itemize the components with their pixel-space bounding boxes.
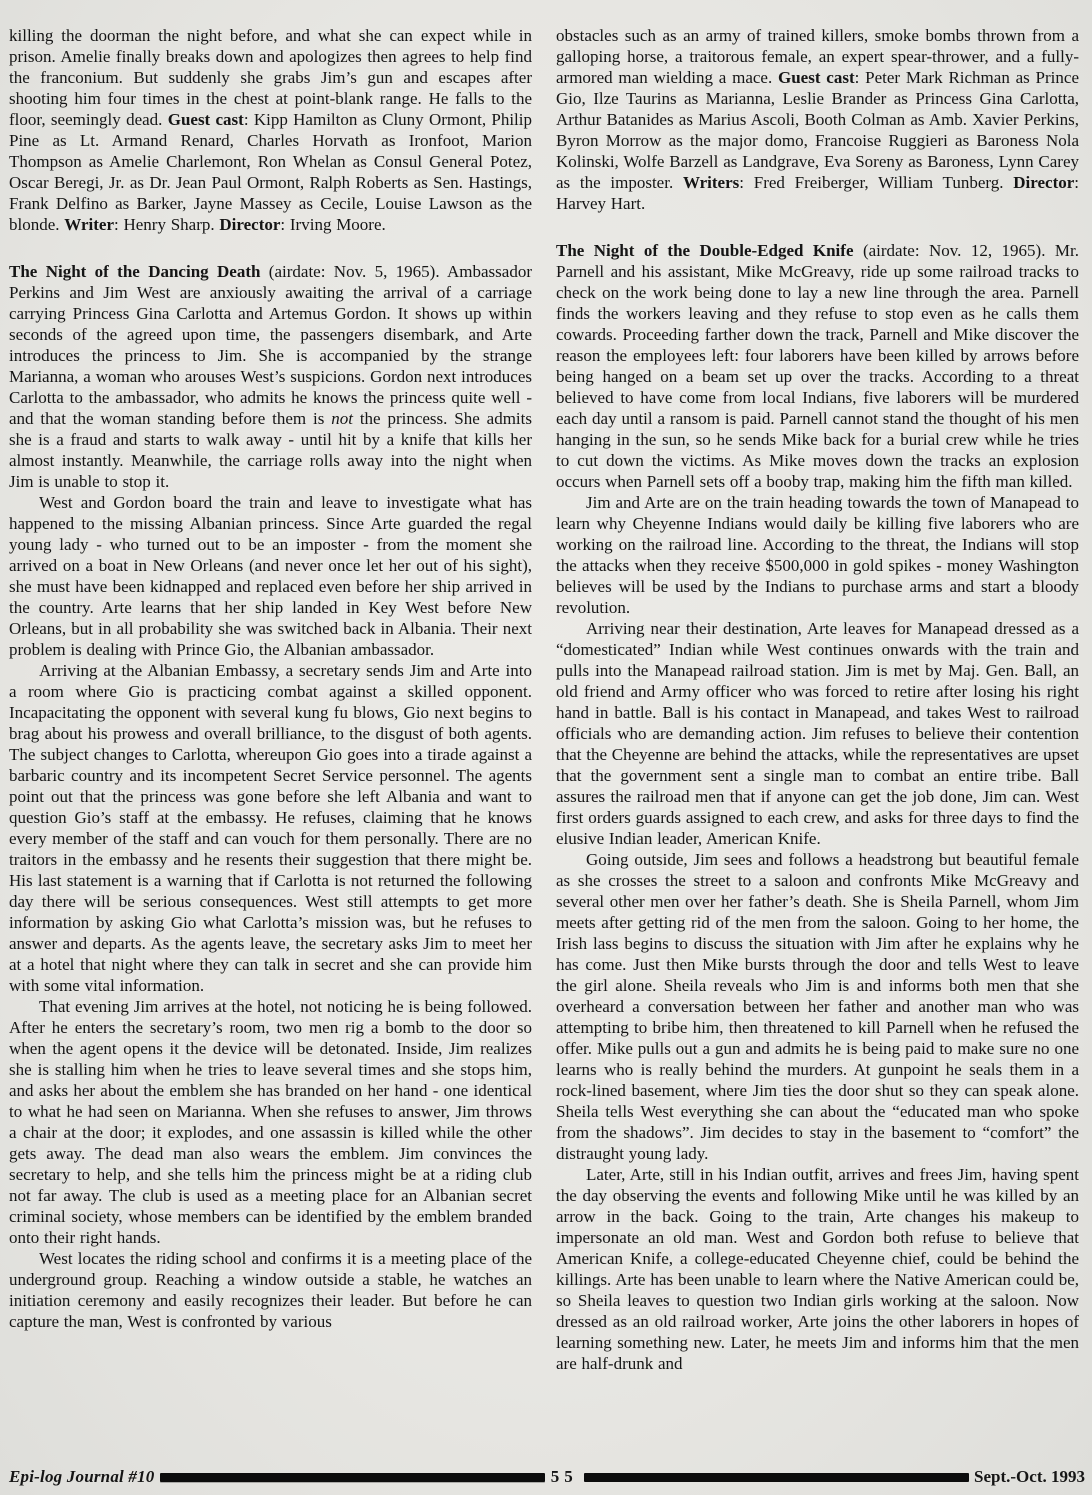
body-paragraph: West and Gordon board the train and leav… [9,492,532,660]
page-number: 55 [550,1467,579,1487]
body-paragraph: Jim and Arte are on the train heading to… [556,492,1079,618]
bold-label: Writer [64,215,114,234]
body-paragraph: Going outside, Jim sees and follows a he… [556,849,1079,1164]
body-text: West locates the riding school and confi… [9,1249,532,1331]
body-text: Going outside, Jim sees and follows a he… [556,850,1079,1163]
body-text: Jim and Arte are on the train heading to… [556,493,1079,617]
body-text: Arriving at the Albanian Embassy, a secr… [9,661,532,995]
bold-label: Director [1013,173,1074,192]
text-column-left: killing the doorman the night before, an… [9,25,532,1461]
body-text: West and Gordon board the train and leav… [9,493,532,659]
body-text: That evening Jim arrives at the hotel, n… [9,997,532,1247]
bold-label: Guest cast [778,68,855,87]
page-footer: Epi-log Journal #10 55 Sept.-Oct. 1993 [9,1465,1085,1489]
body-paragraph: West locates the riding school and confi… [9,1248,532,1332]
body-paragraph: That evening Jim arrives at the hotel, n… [9,996,532,1248]
bold-label: The Night of the Double-Edged Knife [556,241,854,260]
text-column-right: obstacles such as an army of trained kil… [556,25,1079,1461]
footer-rule-left [160,1473,545,1482]
issue-date: Sept.-Oct. 1993 [974,1467,1085,1487]
page-body: killing the doorman the night before, an… [9,25,1085,1461]
body-paragraph: Arriving near their destination, Arte le… [556,618,1079,849]
bold-label: Director [219,215,280,234]
episode-entry-dancing-death: The Night of the Dancing Death (airdate:… [9,261,532,492]
footer-rule-right [584,1473,969,1482]
body-text: (airdate: Nov. 12, 1965). Mr. Parnell an… [556,241,1079,491]
body-paragraph: Arriving at the Albanian Embassy, a secr… [9,660,532,996]
bold-label: The Night of the Dancing Death [9,262,260,281]
body-text: : Henry Sharp. [114,215,219,234]
body-text: Later, Arte, still in his Indian outfit,… [556,1165,1079,1373]
bold-label: Guest cast [168,110,244,129]
episode-entry-continuation: killing the doorman the night before, an… [9,25,532,235]
bold-label: Writers [683,173,739,192]
body-text: : Fred Freiberger, William Tunberg. [739,173,1013,192]
body-paragraph: Later, Arte, still in his Indian outfit,… [556,1164,1079,1374]
body-text: : Irving Moore. [280,215,385,234]
body-text: (airdate: Nov. 5, 1965). Ambassador Perk… [9,262,532,428]
episode-entry-double-edged-knife: The Night of the Double-Edged Knife (air… [556,240,1079,492]
italic-text: not [331,409,353,428]
journal-title: Epi-log Journal #10 [9,1467,155,1487]
body-text: Arriving near their destination, Arte le… [556,619,1079,848]
episode-entry-continuation: obstacles such as an army of trained kil… [556,25,1079,214]
